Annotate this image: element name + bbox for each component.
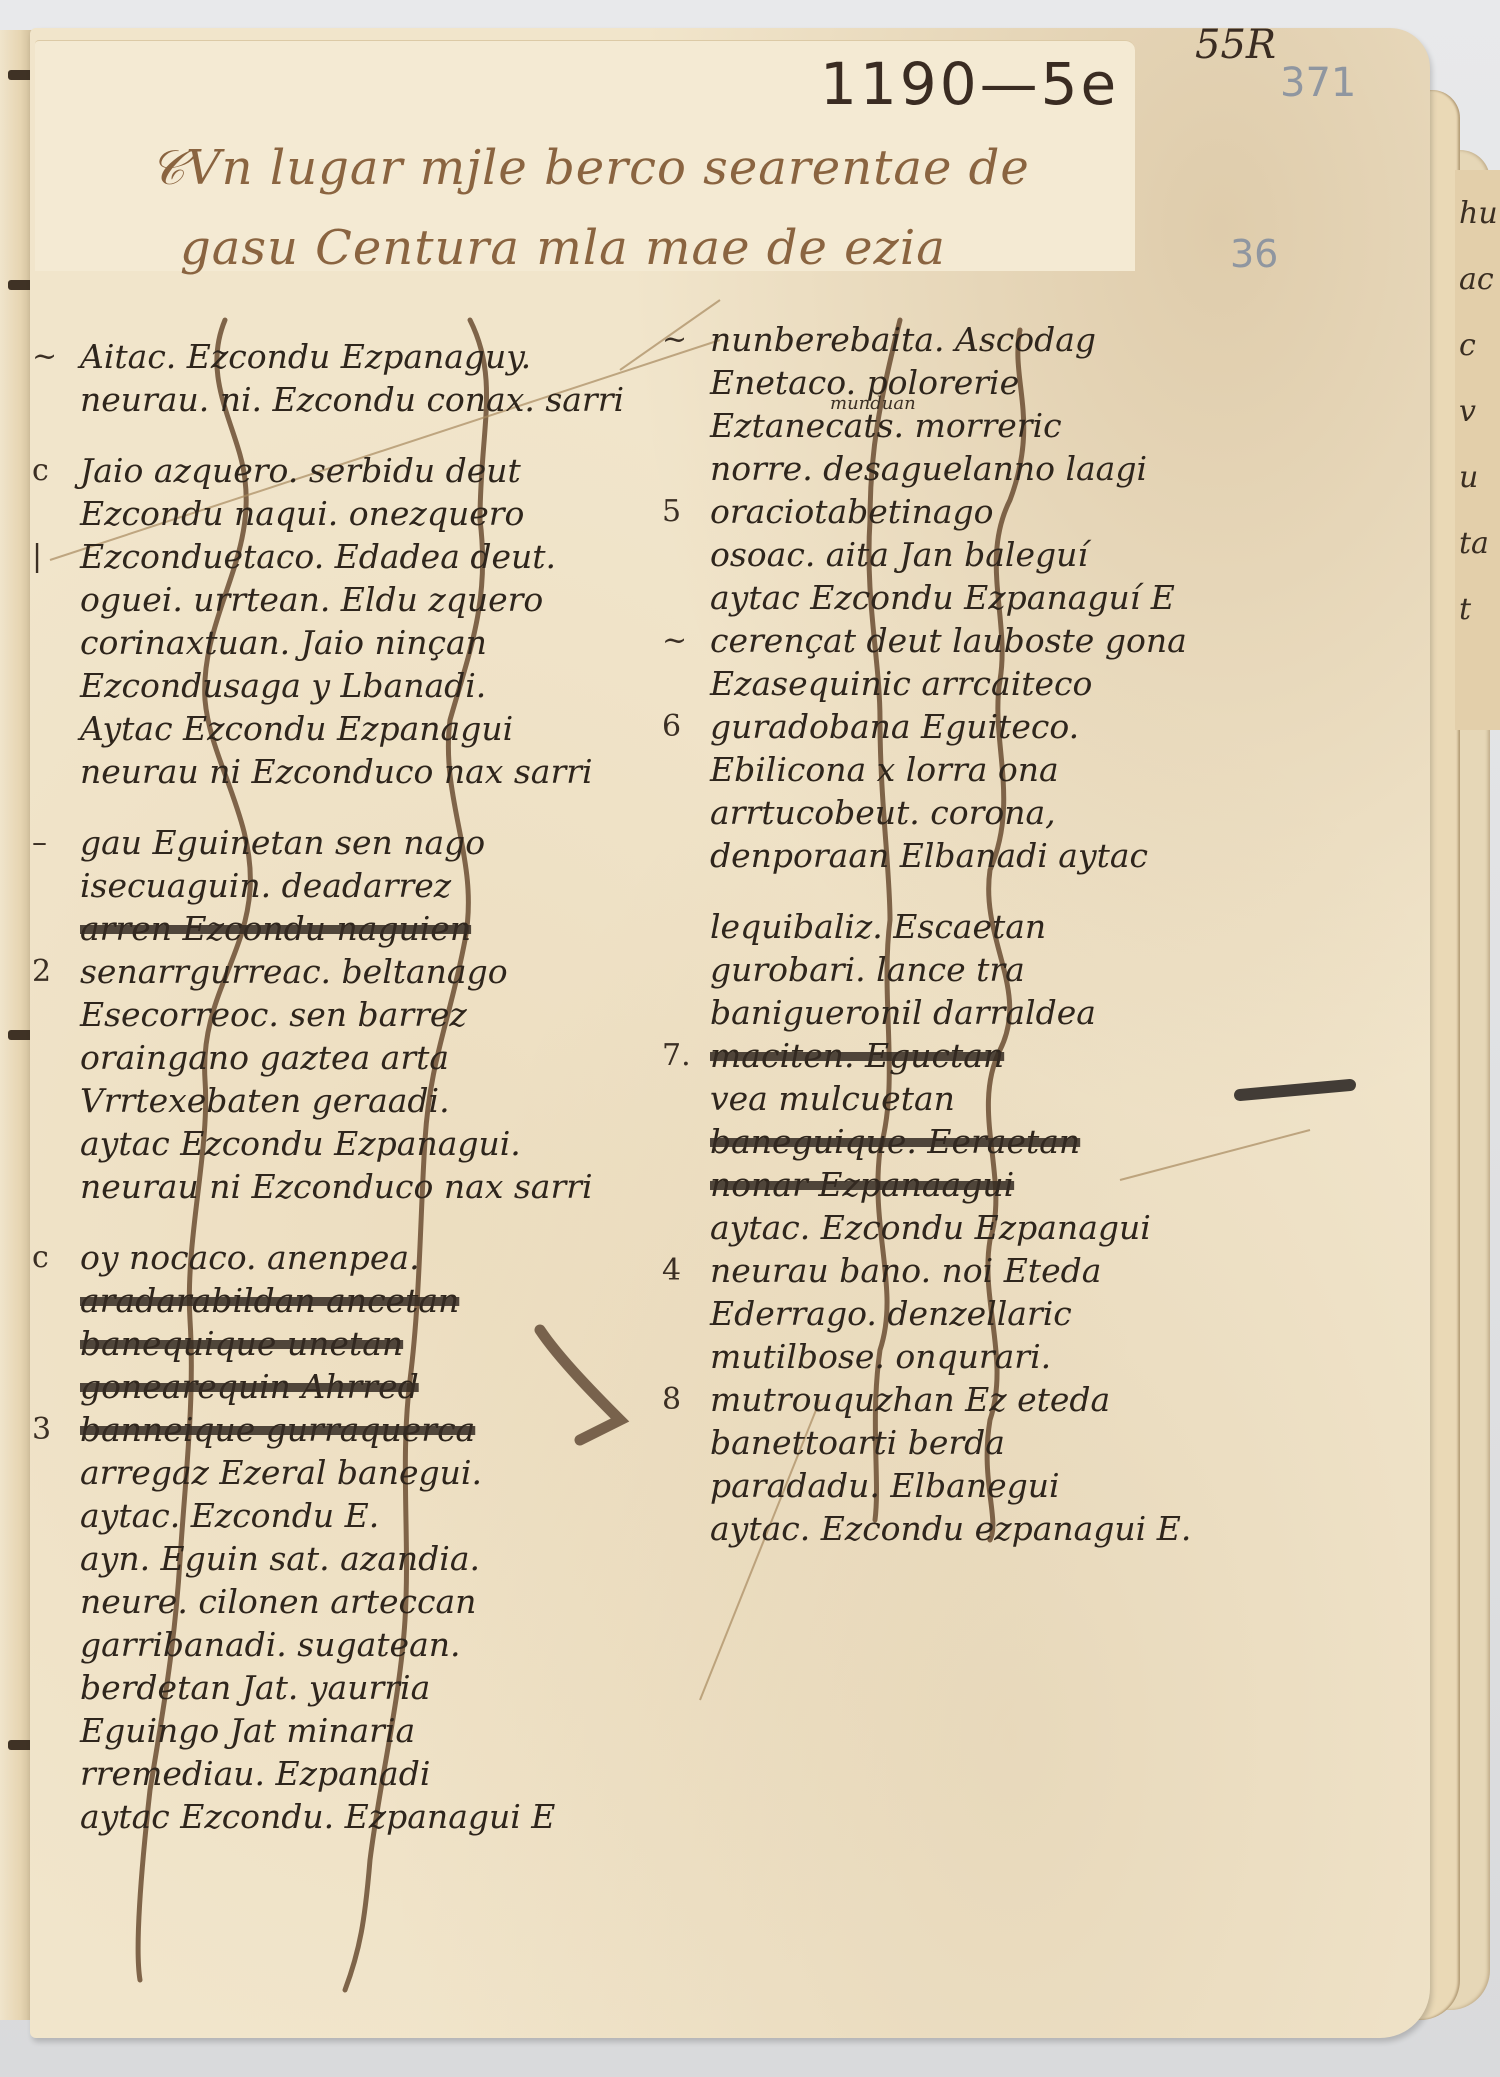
- manuscript-line: 6 guradobana Eguiteco.: [710, 705, 1330, 748]
- manuscript-line: banequique unetan: [80, 1322, 680, 1365]
- manuscript-line: | Ezconduetaco. Edadea deut.: [80, 535, 680, 578]
- manuscript-line: Ezcondusaga y Lbanadi.: [80, 664, 680, 707]
- margin-mark: –: [32, 821, 47, 864]
- manuscript-line: aytac Ezcondu Ezpanaguí E: [710, 576, 1330, 619]
- manuscript-line: Ezasequinic arrcaiteco: [710, 662, 1330, 705]
- manuscript-line: Esecorreoc. sen barrez: [80, 993, 680, 1036]
- line-text: gau Eguinetan sen nago: [80, 823, 485, 862]
- line-text: vea mulcuetan: [710, 1079, 955, 1118]
- line-text: denporaan Elbanadi aytac: [710, 836, 1148, 875]
- folio-number-pencil: 371: [1280, 60, 1356, 106]
- manuscript-line: arrtucobeut. corona,: [710, 791, 1330, 834]
- line-text: oraciotabetinago: [710, 492, 994, 531]
- line-text: Vrrtexebaten geraadi.: [80, 1081, 450, 1120]
- margin-fragment: v: [1459, 390, 1500, 434]
- catalog-number: 1190—5e: [820, 50, 1119, 118]
- manuscript-line: norre. desaguelanno laagi: [710, 447, 1330, 490]
- margin-fragment: ac: [1459, 258, 1500, 302]
- margin-mark: ~: [662, 619, 687, 662]
- line-text: corinaxtuan. Jaio ninçan: [80, 623, 487, 662]
- line-text: isecuaguin. deadarrez: [80, 866, 451, 905]
- manuscript-line: c Jaio azquero. serbidu deut: [80, 449, 680, 492]
- line-text: senarrgurreac. beltanago: [80, 952, 508, 991]
- title-text: Vn lugar mjle berco searentae de: [186, 140, 1030, 196]
- manuscript-line: aytac. Ezcondu E.: [80, 1494, 680, 1537]
- margin-fragment: t: [1459, 588, 1500, 632]
- line-text: lequibaliz. Escaetan: [710, 907, 1046, 946]
- line-text: banequique unetan: [80, 1324, 403, 1363]
- manuscript-line: arren Ezcondu naguien: [80, 907, 680, 950]
- stanza-gap: [80, 793, 680, 821]
- manuscript-line: aytac Ezcondu Ezpanagui.: [80, 1122, 680, 1165]
- interlinear-correction: munduan: [830, 382, 916, 425]
- title-text: gasu Centura mla mae de ezia: [180, 220, 946, 276]
- line-text: Ezcondusaga y Lbanadi.: [80, 666, 486, 705]
- line-text: banigueronil darraldea: [710, 993, 1096, 1032]
- line-text: neurau ni Ezconduco nax sarri: [80, 1167, 593, 1206]
- manuscript-line: gonearequin Ahrred: [80, 1365, 680, 1408]
- manuscript-line: 2 senarrgurreac. beltanago: [80, 950, 680, 993]
- manuscript-line: 8 mutrouquzhan Ez eteda: [710, 1378, 1330, 1421]
- margin-mark: 2: [32, 950, 51, 993]
- line-text: aytac. Ezcondu Ezpanagui: [710, 1208, 1151, 1247]
- manuscript-line: mutilbose. onqurari.: [710, 1335, 1330, 1378]
- margin-mark: c: [32, 449, 49, 492]
- line-text: neurau bano. noi Eteda: [710, 1251, 1101, 1290]
- title-line-1: Vn lugar mjle berco searentae de: [150, 140, 1030, 197]
- line-text: baneguique. Eeraetan: [710, 1122, 1080, 1161]
- line-text: aytac Ezcondu Ezpanagui.: [80, 1124, 521, 1163]
- line-text: arren Ezcondu naguien: [80, 909, 471, 948]
- manuscript-line: oguei. urrtean. Eldu zquero: [80, 578, 680, 621]
- margin-mark: 4: [662, 1249, 681, 1292]
- manuscript-line: – gau Eguinetan sen nago: [80, 821, 680, 864]
- stanza-gap: [80, 1208, 680, 1236]
- manuscript-line: 4 neurau bano. noi Eteda: [710, 1249, 1330, 1292]
- manuscript-line: isecuaguin. deadarrez: [80, 864, 680, 907]
- manuscript-line: nonar Ezpanaagui: [710, 1163, 1330, 1206]
- line-text: cerençat deut lauboste gona: [710, 621, 1187, 660]
- line-text: oguei. urrtean. Eldu zquero: [80, 580, 543, 619]
- line-text: gurobari. lance tra: [710, 950, 1025, 989]
- margin-mark: 3: [32, 1408, 51, 1451]
- manuscript-line: rremediau. Ezpanadi: [80, 1752, 680, 1795]
- manuscript-line: c oy nocaco. anenpea.: [80, 1236, 680, 1279]
- margin-fragment: hu: [1459, 192, 1500, 236]
- manuscript-line: baneguique. Eeraetan: [710, 1120, 1330, 1163]
- margin-mark: |: [32, 535, 42, 578]
- manuscript-line: corinaxtuan. Jaio ninçan: [80, 621, 680, 664]
- line-text: berdetan Jat. yaurria: [80, 1668, 430, 1707]
- manuscript-line: berdetan Jat. yaurria: [80, 1666, 680, 1709]
- line-text: Eguingo Jat minaria: [80, 1711, 415, 1750]
- margin-fragment: c: [1459, 324, 1500, 368]
- manuscript-line: Ezcondu naqui. onezquero: [80, 492, 680, 535]
- margin-mark: 5: [662, 490, 681, 533]
- line-text: garribanadi. sugatean.: [80, 1625, 460, 1664]
- line-text: arrtucobeut. corona,: [710, 793, 1056, 832]
- line-text: maciten. Eguctan: [710, 1036, 1004, 1075]
- manuscript-line: Ebilicona x lorra ona: [710, 748, 1330, 791]
- line-text: rremediau. Ezpanadi: [80, 1754, 430, 1793]
- line-text: arregaz Ezeral banegui.: [80, 1453, 482, 1492]
- stanza-gap: [710, 877, 1330, 905]
- margin-fragment: u: [1459, 456, 1500, 500]
- manuscript-line: arregaz Ezeral banegui.: [80, 1451, 680, 1494]
- line-text: aradarabildan ancetan: [80, 1281, 459, 1320]
- manuscript-line: ~ Aitac. Ezcondu Ezpanaguy.: [80, 335, 680, 378]
- line-text: banneique gurraquerca: [80, 1410, 475, 1449]
- line-text: nunberebaita. Ascodag: [710, 320, 1096, 359]
- manuscript-line: neurau ni Ezconduco nax sarri: [80, 750, 680, 793]
- manuscript-line: banettoarti berda: [710, 1421, 1330, 1464]
- manuscript-line: aytac. Ezcondu ezpanagui E.: [710, 1507, 1330, 1550]
- margin-fragment: ta: [1459, 522, 1500, 566]
- line-text: guradobana Eguiteco.: [710, 707, 1079, 746]
- manuscript-line: ~ cerençat deut lauboste gona: [710, 619, 1330, 662]
- manuscript-line: gurobari. lance tra: [710, 948, 1330, 991]
- manuscript-line: Vrrtexebaten geraadi.: [80, 1079, 680, 1122]
- manuscript-line: osoac. aita Jan baleguí: [710, 533, 1330, 576]
- manuscript-line: banigueronil darraldea: [710, 991, 1330, 1034]
- manuscript-line: oraingano gaztea arta: [80, 1036, 680, 1079]
- manuscript-line: ayn. Eguin sat. azandia.: [80, 1537, 680, 1580]
- line-text: oy nocaco. anenpea.: [80, 1238, 420, 1277]
- margin-mark: 6: [662, 705, 681, 748]
- line-text: Aytac Ezcondu Ezpanagui: [80, 709, 513, 748]
- line-text: aytac. Ezcondu ezpanagui E.: [710, 1509, 1191, 1548]
- line-text: Ezcondu naqui. onezquero: [80, 494, 524, 533]
- line-text: gonearequin Ahrred: [80, 1367, 419, 1406]
- right-column: ~ nunberebaita. Ascodag Enetaco. polorer…: [710, 318, 1330, 1550]
- manuscript-line: garribanadi. sugatean.: [80, 1623, 680, 1666]
- manuscript-line: Aytac Ezcondu Ezpanagui: [80, 707, 680, 750]
- shelf-mark: 55R: [1195, 22, 1276, 68]
- line-text: mutilbose. onqurari.: [710, 1337, 1051, 1376]
- manuscript-line: 7. maciten. Eguctan: [710, 1034, 1330, 1077]
- line-text: neurau. ni. Ezcondu conax. sarri: [80, 380, 624, 419]
- line-text: paradadu. Elbanegui: [710, 1466, 1060, 1505]
- manuscript-line: Eguingo Jat minaria: [80, 1709, 680, 1752]
- manuscript-line: vea mulcuetan: [710, 1077, 1330, 1120]
- left-column: ~ Aitac. Ezcondu Ezpanaguy. neurau. ni. …: [80, 335, 680, 1838]
- manuscript-line: neure. cilonen arteccan: [80, 1580, 680, 1623]
- manuscript-line: aytac. Ezcondu Ezpanagui: [710, 1206, 1330, 1249]
- manuscript-line: ~ nunberebaita. Ascodag: [710, 318, 1330, 361]
- manuscript-line: 5 oraciotabetinago: [710, 490, 1330, 533]
- line-text: Ederrago. denzellaric: [710, 1294, 1072, 1333]
- adjacent-page-margin: hu ac c v u ta t: [1455, 170, 1500, 730]
- manuscript-line: aradarabildan ancetan: [80, 1279, 680, 1322]
- line-text: Aitac. Ezcondu Ezpanaguy.: [80, 337, 531, 376]
- margin-mark: ~: [662, 318, 687, 361]
- manuscript-line: Eztanecats. morreric munduan: [710, 404, 1330, 447]
- line-text: banettoarti berda: [710, 1423, 1005, 1462]
- manuscript-line: Enetaco. polorerie: [710, 361, 1330, 404]
- line-text: oraingano gaztea arta: [80, 1038, 449, 1077]
- line-text: norre. desaguelanno laagi: [710, 449, 1147, 488]
- line-text: ayn. Eguin sat. azandia.: [80, 1539, 480, 1578]
- manuscript-line: paradadu. Elbanegui: [710, 1464, 1330, 1507]
- line-text: Jaio azquero. serbidu deut: [80, 451, 521, 490]
- manuscript-line: aytac Ezcondu. Ezpanagui E: [80, 1795, 680, 1838]
- title-line-2: gasu Centura mla mae de ezia: [180, 220, 946, 276]
- margin-mark: c: [32, 1236, 49, 1279]
- margin-mark: 7.: [662, 1034, 691, 1077]
- line-text: osoac. aita Jan baleguí: [710, 535, 1088, 574]
- margin-mark: 8: [662, 1378, 681, 1421]
- manuscript-line: 3 banneique gurraquerca: [80, 1408, 680, 1451]
- line-text: Ezconduetaco. Edadea deut.: [80, 537, 556, 576]
- line-text: nonar Ezpanaagui: [710, 1165, 1014, 1204]
- manuscript-line: Ederrago. denzellaric: [710, 1292, 1330, 1335]
- stanza-gap: [80, 421, 680, 449]
- manuscript-line: neurau. ni. Ezcondu conax. sarri: [80, 378, 680, 421]
- manuscript-line: lequibaliz. Escaetan: [710, 905, 1330, 948]
- manuscript-line: neurau ni Ezconduco nax sarri: [80, 1165, 680, 1208]
- line-text: aytac Ezcondu Ezpanaguí E: [710, 578, 1175, 617]
- margin-mark: ~: [32, 335, 57, 378]
- line-text: neure. cilonen arteccan: [80, 1582, 476, 1621]
- line-text: mutrouquzhan Ez eteda: [710, 1380, 1110, 1419]
- folio-number-pencil-lower: 36: [1230, 232, 1278, 276]
- line-text: Esecorreoc. sen barrez: [80, 995, 467, 1034]
- line-text: aytac Ezcondu. Ezpanagui E: [80, 1797, 555, 1836]
- line-text: neurau ni Ezconduco nax sarri: [80, 752, 593, 791]
- line-text: Ezasequinic arrcaiteco: [710, 664, 1092, 703]
- line-text: aytac. Ezcondu E.: [80, 1496, 379, 1535]
- line-text: Ebilicona x lorra ona: [710, 750, 1059, 789]
- manuscript-line: denporaan Elbanadi aytac: [710, 834, 1330, 877]
